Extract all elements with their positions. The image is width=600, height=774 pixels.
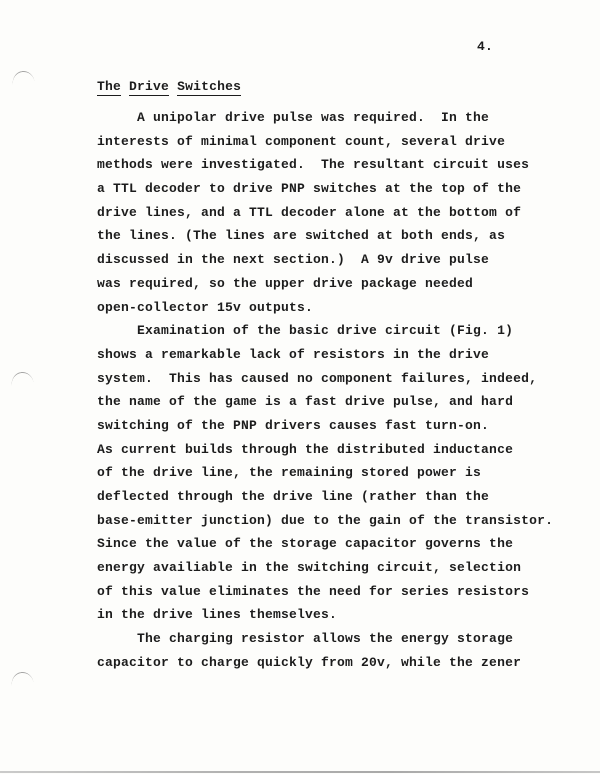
scan-arc-mark — [10, 671, 33, 687]
text-line: of the drive line, the remaining stored … — [97, 461, 577, 485]
text-line: capacitor to charge quickly from 20v, wh… — [97, 651, 577, 675]
text-line: in the drive lines themselves. — [97, 603, 577, 627]
heading-word: Drive — [129, 79, 169, 96]
text-line: a TTL decoder to drive PNP switches at t… — [97, 177, 577, 201]
body-text: A unipolar drive pulse was required. In … — [97, 106, 577, 675]
text-line: Since the value of the storage capacitor… — [97, 532, 577, 556]
text-line: the lines. (The lines are switched at bo… — [97, 224, 577, 248]
heading-word: The — [97, 79, 121, 96]
text-line: discussed in the next section.) A 9v dri… — [97, 248, 577, 272]
text-line: deflected through the drive line (rather… — [97, 485, 577, 509]
page-number: 4. — [477, 39, 493, 54]
text-line: A unipolar drive pulse was required. In … — [97, 106, 577, 130]
text-line: the name of the game is a fast drive pul… — [97, 390, 577, 414]
text-line: base-emitter junction) due to the gain o… — [97, 509, 577, 533]
scan-edge-line — [0, 771, 600, 773]
text-line: drive lines, and a TTL decoder alone at … — [97, 201, 577, 225]
text-line: shows a remarkable lack of resistors in … — [97, 343, 577, 367]
text-line: of this value eliminates the need for se… — [97, 580, 577, 604]
text-line: methods were investigated. The resultant… — [97, 153, 577, 177]
text-line: was required, so the upper drive package… — [97, 272, 577, 296]
heading-word: Switches — [177, 79, 241, 96]
text-line: The charging resistor allows the energy … — [97, 627, 577, 651]
scan-arc-mark — [11, 70, 34, 86]
text-line: switching of the PNP drivers causes fast… — [97, 414, 577, 438]
text-line: system. This has caused no component fai… — [97, 367, 577, 391]
text-line: energy availiable in the switching circu… — [97, 556, 577, 580]
text-line: As current builds through the distribute… — [97, 438, 577, 462]
scan-arc-mark — [10, 371, 33, 387]
section-heading: The Drive Switches — [97, 79, 241, 94]
text-line: open-collector 15v outputs. — [97, 296, 577, 320]
document-page: 4. The Drive Switches A unipolar drive p… — [0, 0, 600, 774]
text-line: Examination of the basic drive circuit (… — [97, 319, 577, 343]
text-line: interests of minimal component count, se… — [97, 130, 577, 154]
